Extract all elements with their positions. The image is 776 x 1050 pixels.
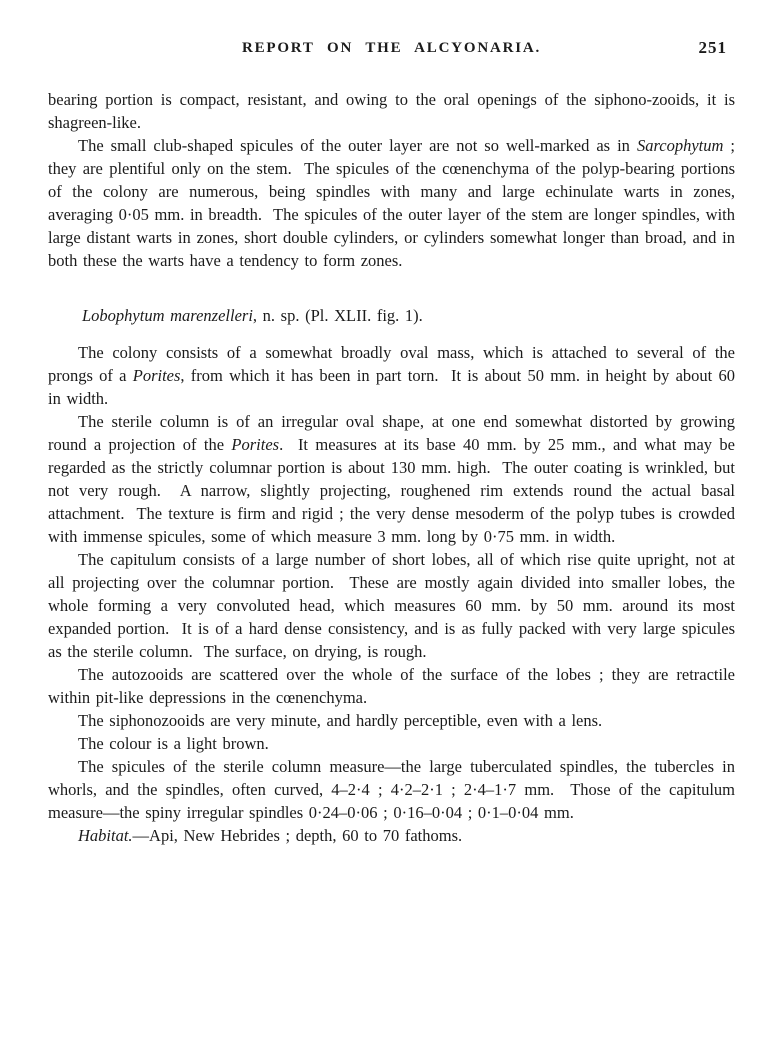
paragraph: The sterile column is of an irregular ov…: [48, 410, 735, 548]
paragraph: The colour is a light brown.: [48, 732, 735, 755]
species-heading: Lobophytum marenzelleri, n. sp. (Pl. XLI…: [48, 304, 735, 327]
paragraph: The autozooids are scattered over the wh…: [48, 663, 735, 709]
text-run: The siphonozooids are very minute, and h…: [78, 711, 602, 730]
page-header: REPORT ON THE ALCYONARIA. 251: [48, 38, 735, 58]
text-run: , n. sp. (Pl. XLII. fig. 1).: [253, 306, 423, 325]
paragraph-habitat: Habitat.—Api, New Hebrides ; depth, 60 t…: [48, 824, 735, 847]
text-run: —Api, New Hebrides ; depth, 60 to 70 fat…: [133, 826, 463, 845]
paragraph: The capitulum consists of a large number…: [48, 548, 735, 663]
paragraph: The small club-shaped spicules of the ou…: [48, 134, 735, 272]
running-title: REPORT ON THE ALCYONARIA.: [48, 38, 735, 58]
document-page: REPORT ON THE ALCYONARIA. 251 bearing po…: [0, 0, 776, 1050]
text-run: The spicules of the sterile column measu…: [48, 757, 735, 822]
page-number: 251: [699, 38, 728, 58]
italic-text-run: Habitat.: [78, 826, 133, 845]
text-run: The colour is a light brown.: [78, 734, 269, 753]
italic-text-run: Porites: [231, 435, 279, 454]
text-run: ; they are plentiful only on the stem. T…: [48, 136, 735, 270]
text-run: bearing portion is compact, resistant, a…: [48, 90, 735, 132]
paragraph: The siphonozooids are very minute, and h…: [48, 709, 735, 732]
italic-text-run: Porites: [133, 366, 181, 385]
text-run: The small club-shaped spicules of the ou…: [78, 136, 637, 155]
italic-text-run: Sarcophytum: [637, 136, 723, 155]
paragraph-continuation: bearing portion is compact, resistant, a…: [48, 88, 735, 134]
paragraph: The spicules of the sterile column measu…: [48, 755, 735, 824]
page-body: bearing portion is compact, resistant, a…: [48, 88, 735, 847]
paragraph: The colony consists of a somewhat broadl…: [48, 341, 735, 410]
text-run: The capitulum consists of a large number…: [48, 550, 735, 661]
italic-text-run: Lobophytum marenzelleri: [82, 306, 253, 325]
text-run: The autozooids are scattered over the wh…: [48, 665, 735, 707]
